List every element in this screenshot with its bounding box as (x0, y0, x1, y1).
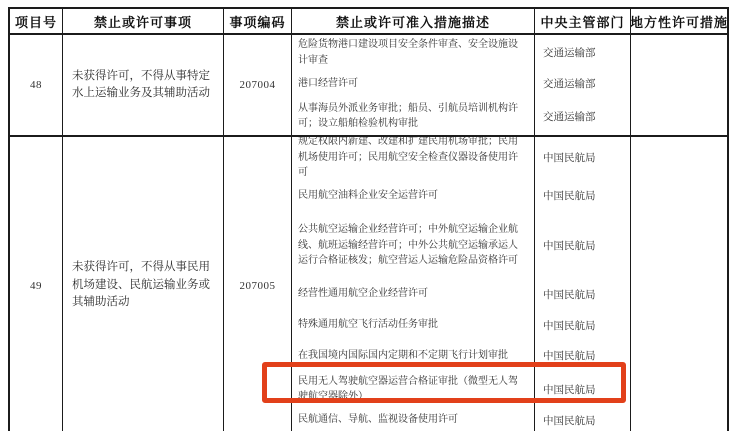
measure-row: 经营性通用航空企业经营许可 中国民航局 (292, 278, 727, 310)
local-measure-cell (631, 213, 727, 278)
measure-row: 民航通信、导航、监视设备使用许可 中国民航局 (292, 407, 727, 431)
column-header-central-dept: 中央主管部门 (535, 9, 631, 33)
local-measure-cell (631, 340, 727, 371)
column-header-measure-desc: 禁止或许可准入措施描述 (292, 9, 535, 33)
local-measure-cell (631, 407, 727, 431)
measure-row: 危险货物港口建设项目安全条件审查、安全设施设计审查 交通运输部 (292, 35, 727, 70)
measure-description: 民用航空油料企业安全运营许可 (292, 178, 535, 213)
department-cell: 交通运输部 (535, 35, 631, 70)
department-cell: 中国民航局 (535, 137, 631, 178)
measure-row: 规定权限内新建、改建和扩建民用机场审批；民用机场使用许可；民用航空安全检查仪器设… (292, 137, 727, 178)
local-measure-cell (631, 137, 727, 178)
measure-row: 港口经营许可 交通运输部 (292, 70, 727, 97)
department-cell: 中国民航局 (535, 213, 631, 278)
local-measure-cell (631, 35, 727, 70)
measure-description: 公共航空运输企业经营许可；中外航空运输企业航线、航班运输经营许可；中外公共航空运… (292, 213, 535, 278)
measure-description: 危险货物港口建设项目安全条件审查、安全设施设计审查 (292, 35, 535, 70)
column-header-item-no: 项目号 (10, 9, 63, 33)
local-measure-cell (631, 278, 727, 310)
local-measure-cell (631, 371, 727, 407)
department-cell: 交通运输部 (535, 97, 631, 135)
highlight-annotation-box (262, 362, 626, 403)
measures-group: 危险货物港口建设项目安全条件审查、安全设施设计审查 交通运输部 港口经营许可 交… (292, 35, 727, 135)
department-cell: 中国民航局 (535, 178, 631, 213)
department-cell: 中国民航局 (535, 407, 631, 431)
document-page: 项目号 禁止或许可事项 事项编码 禁止或许可准入措施描述 中央主管部门 地方性许… (0, 0, 730, 431)
measure-description: 从事海员外派业务审批；船员、引航员培训机构许可；设立船舶检验机构审批 (292, 97, 535, 135)
measure-row: 民用航空油料企业安全运营许可 中国民航局 (292, 178, 727, 213)
column-header-code: 事项编码 (224, 9, 292, 33)
department-cell: 中国民航局 (535, 310, 631, 340)
table-header-row: 项目号 禁止或许可事项 事项编码 禁止或许可准入措施描述 中央主管部门 地方性许… (10, 9, 727, 35)
department-cell: 交通运输部 (535, 70, 631, 97)
measure-row: 从事海员外派业务审批；船员、引航员培训机构许可；设立船舶检验机构审批 交通运输部 (292, 97, 727, 135)
measure-row: 特殊通用航空飞行活动任务审批 中国民航局 (292, 310, 727, 340)
column-header-matter: 禁止或许可事项 (63, 9, 224, 33)
measure-description: 民航通信、导航、监视设备使用许可 (292, 407, 535, 431)
measure-description: 港口经营许可 (292, 70, 535, 97)
matter-cell: 未获得许可，不得从事特定水上运输业务及其辅助活动 (63, 35, 224, 135)
item-no-cell: 48 (10, 35, 63, 135)
item-no-cell: 49 (10, 137, 63, 431)
measure-row: 公共航空运输企业经营许可；中外航空运输企业航线、航班运输经营许可；中外公共航空运… (292, 213, 727, 278)
table-row-48: 48 未获得许可，不得从事特定水上运输业务及其辅助活动 207004 危险货物港… (10, 35, 727, 137)
column-header-local-measure: 地方性许可措施 (631, 9, 727, 33)
local-measure-cell (631, 178, 727, 213)
local-measure-cell (631, 310, 727, 340)
measure-description: 经营性通用航空企业经营许可 (292, 278, 535, 310)
measure-description: 特殊通用航空飞行活动任务审批 (292, 310, 535, 340)
local-measure-cell (631, 97, 727, 135)
department-cell: 中国民航局 (535, 278, 631, 310)
code-cell: 207004 (224, 35, 292, 135)
local-measure-cell (631, 70, 727, 97)
measure-description: 规定权限内新建、改建和扩建民用机场审批；民用机场使用许可；民用航空安全检查仪器设… (292, 137, 535, 178)
matter-cell: 未获得许可，不得从事民用机场建设、民航运输业务或其辅助活动 (63, 137, 224, 431)
